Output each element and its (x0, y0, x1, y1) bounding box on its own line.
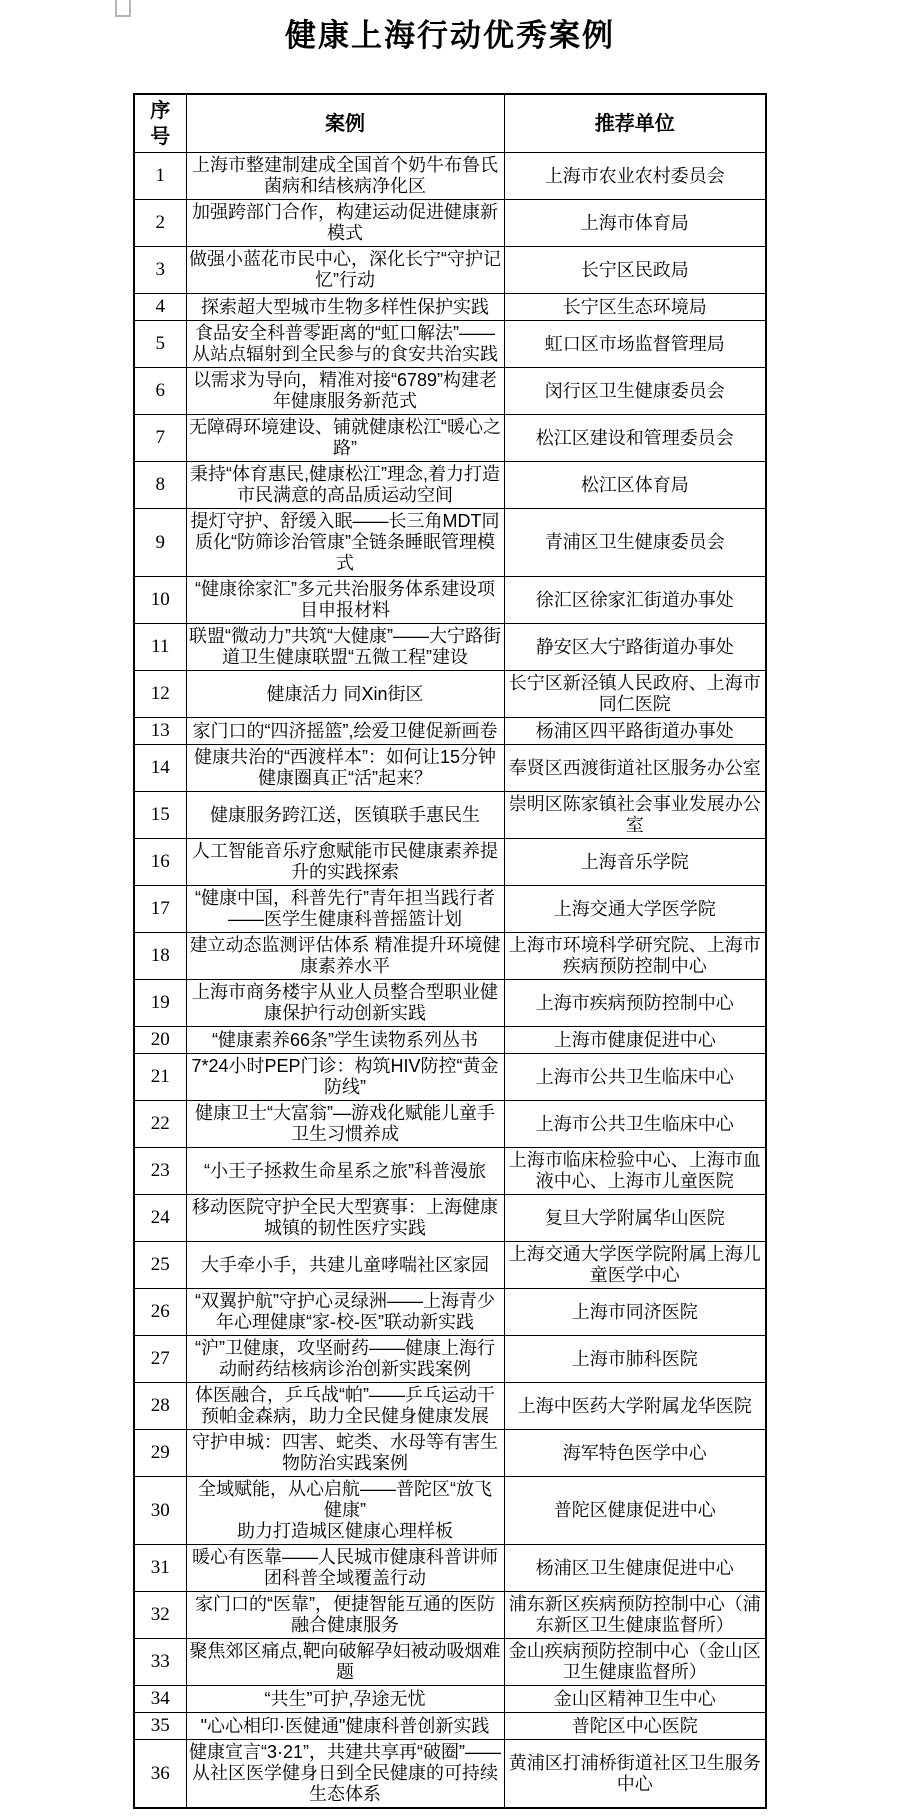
unit-cell: 静安区大宁路街道办事处 (504, 624, 766, 671)
table-row: 27“沪”卫健康，攻坚耐药——健康上海行动耐药结核病诊治创新实践案例上海市肺科医… (134, 1336, 766, 1383)
case-cell: 健康卫士“大富翁”—游戏化赋能儿童手卫生习惯养成 (186, 1101, 504, 1148)
row-index-cell: 2 (134, 200, 186, 247)
table-row: 15健康服务跨江送，医镇联手惠民生崇明区陈家镇社会事业发展办公室 (134, 792, 766, 839)
table-row: 10“健康徐家汇”多元共治服务体系建设项目申报材料徐汇区徐家汇街道办事处 (134, 577, 766, 624)
case-cell: 做强小蓝花市民中心，深化长宁“守护记忆”行动 (186, 247, 504, 294)
unit-cell: 上海市农业农村委员会 (504, 153, 766, 200)
unit-cell: 徐汇区徐家汇街道办事处 (504, 577, 766, 624)
row-index-cell: 32 (134, 1592, 186, 1639)
unit-cell: 上海交通大学医学院 (504, 886, 766, 933)
case-cell: 无障碍环境建设、铺就健康松江“暖心之路” (186, 415, 504, 462)
table-row: 25大手牵小手，共建儿童哮喘社区家园上海交通大学医学院附属上海儿童医学中心 (134, 1242, 766, 1289)
missing-character-glyph-icon (115, 0, 131, 17)
case-cell: “沪”卫健康，攻坚耐药——健康上海行动耐药结核病诊治创新实践案例 (186, 1336, 504, 1383)
table-row: 28体医融合，乒乓战“帕”——乒乓运动干预帕金森病，助力全民健身健康发展上海中医… (134, 1383, 766, 1430)
table-row: 12健康活力 同Xin街区长宁区新泾镇人民政府、上海市同仁医院 (134, 671, 766, 718)
row-index-cell: 16 (134, 839, 186, 886)
row-index-cell: 29 (134, 1430, 186, 1477)
row-index-cell: 4 (134, 294, 186, 321)
table-row: 35"心心相印·医健通"健康科普创新实践普陀区中心医院 (134, 1713, 766, 1740)
table-row: 23“小王子拯救生命星系之旅”科普漫旅上海市临床检验中心、上海市血液中心、上海市… (134, 1148, 766, 1195)
unit-cell: 闵行区卫生健康委员会 (504, 368, 766, 415)
table-row: 16人工智能音乐疗愈赋能市民健康素养提升的实践探索上海音乐学院 (134, 839, 766, 886)
unit-cell: 黄浦区打浦桥街道社区卫生服务中心 (504, 1740, 766, 1809)
unit-cell: 长宁区民政局 (504, 247, 766, 294)
row-index-cell: 9 (134, 509, 186, 577)
unit-cell: 松江区体育局 (504, 462, 766, 509)
table-row: 17“健康中国，科普先行”青年担当践行者——医学生健康科普摇篮计划上海交通大学医… (134, 886, 766, 933)
row-index-cell: 13 (134, 718, 186, 745)
case-cell: 联盟“微动力”共筑“大健康”——大宁路街道卫生健康联盟“五微工程”建设 (186, 624, 504, 671)
case-cell: 大手牵小手，共建儿童哮喘社区家园 (186, 1242, 504, 1289)
row-index-cell: 20 (134, 1027, 186, 1054)
table-row: 33聚焦郊区痛点,靶向破解孕妇被动吸烟难题金山疾病预防控制中心（金山区卫生健康监… (134, 1639, 766, 1686)
unit-cell: 崇明区陈家镇社会事业发展办公室 (504, 792, 766, 839)
unit-cell: 浦东新区疾病预防控制中心（浦东新区卫生健康监督所） (504, 1592, 766, 1639)
table-row: 34“共生”可护,孕途无忧金山区精神卫生中心 (134, 1686, 766, 1713)
case-cell: 上海市整建制建成全国首个奶牛布鲁氏菌病和结核病净化区 (186, 153, 504, 200)
table-row: 3做强小蓝花市民中心，深化长宁“守护记忆”行动长宁区民政局 (134, 247, 766, 294)
row-index-cell: 17 (134, 886, 186, 933)
case-cell: 健康宣言“3·21”，共建共享再“破圈”——从社区医学健身日到全民健康的可持续生… (186, 1740, 504, 1809)
unit-cell: 金山区精神卫生中心 (504, 1686, 766, 1713)
document-page: 健康上海行动优秀案例 序 号 案例 推荐单位 1上海市整建制建成全国首个奶牛布鲁… (0, 16, 900, 1809)
case-cell: "心心相印·医健通"健康科普创新实践 (186, 1713, 504, 1740)
header-case: 案例 (186, 94, 504, 153)
case-cell: “健康中国，科普先行”青年担当践行者——医学生健康科普摇篮计划 (186, 886, 504, 933)
case-cell: 提灯守护、舒缓入眠——长三角MDT同质化“防筛诊治管康”全链条睡眠管理模式 (186, 509, 504, 577)
row-index-cell: 22 (134, 1101, 186, 1148)
row-index-cell: 15 (134, 792, 186, 839)
row-index-cell: 19 (134, 980, 186, 1027)
table-row: 18建立动态监测评估体系 精准提升环境健康素养水平上海市环境科学研究院、上海市疾… (134, 933, 766, 980)
unit-cell: 金山疾病预防控制中心（金山区卫生健康监督所） (504, 1639, 766, 1686)
row-index-cell: 7 (134, 415, 186, 462)
case-cell: 食品安全科普零距离的“虹口解法”——从站点辐射到全民参与的食安共治实践 (186, 321, 504, 368)
case-cell: 探索超大型城市生物多样性保护实践 (186, 294, 504, 321)
unit-cell: 上海市疾病预防控制中心 (504, 980, 766, 1027)
case-cell: 健康共治的“西渡样本”：如何让15分钟健康圈真正“活”起来？ (186, 745, 504, 792)
table-row: 32家门口的“医靠”，便捷智能互通的医防融合健康服务浦东新区疾病预防控制中心（浦… (134, 1592, 766, 1639)
table-row: 13家门口的“四济摇篮”,绘爱卫健促新画卷杨浦区四平路街道办事处 (134, 718, 766, 745)
case-cell: 守护申城：四害、蛇类、水母等有害生物防治实践案例 (186, 1430, 504, 1477)
case-cell: 暖心有医靠——人民城市健康科普讲师团科普全域覆盖行动 (186, 1545, 504, 1592)
case-cell: 建立动态监测评估体系 精准提升环境健康素养水平 (186, 933, 504, 980)
table-body: 1上海市整建制建成全国首个奶牛布鲁氏菌病和结核病净化区上海市农业农村委员会2加强… (134, 153, 766, 1809)
row-index-cell: 23 (134, 1148, 186, 1195)
table-row: 26“双翼护航”守护心灵绿洲——上海青少年心理健康“家-校-医”联动新实践上海市… (134, 1289, 766, 1336)
case-cell: 7*24小时PEP门诊：构筑HIV防控“黄金防线” (186, 1054, 504, 1101)
unit-cell: 奉贤区西渡街道社区服务办公室 (504, 745, 766, 792)
row-index-cell: 21 (134, 1054, 186, 1101)
table-row: 20“健康素养66条”学生读物系列丛书上海市健康促进中心 (134, 1027, 766, 1054)
case-cell: 加强跨部门合作，构建运动促进健康新模式 (186, 200, 504, 247)
case-cell: 家门口的“医靠”，便捷智能互通的医防融合健康服务 (186, 1592, 504, 1639)
case-cell: “小王子拯救生命星系之旅”科普漫旅 (186, 1148, 504, 1195)
case-cell: 全域赋能，从心启航——普陀区“放飞 健康” 助力打造城区健康心理样板 (186, 1477, 504, 1545)
unit-cell: 杨浦区四平路街道办事处 (504, 718, 766, 745)
unit-cell: 上海市健康促进中心 (504, 1027, 766, 1054)
case-cell: “健康徐家汇”多元共治服务体系建设项目申报材料 (186, 577, 504, 624)
case-cell: “共生”可护,孕途无忧 (186, 1686, 504, 1713)
unit-cell: 上海交通大学医学院附属上海儿童医学中心 (504, 1242, 766, 1289)
row-index-cell: 31 (134, 1545, 186, 1592)
header-index: 序 号 (134, 94, 186, 153)
row-index-cell: 33 (134, 1639, 186, 1686)
unit-cell: 上海市临床检验中心、上海市血液中心、上海市儿童医院 (504, 1148, 766, 1195)
unit-cell: 海军特色医学中心 (504, 1430, 766, 1477)
unit-cell: 上海市公共卫生临床中心 (504, 1054, 766, 1101)
unit-cell: 长宁区生态环境局 (504, 294, 766, 321)
case-cell: 健康活力 同Xin街区 (186, 671, 504, 718)
unit-cell: 上海市体育局 (504, 200, 766, 247)
case-cell: 聚焦郊区痛点,靶向破解孕妇被动吸烟难题 (186, 1639, 504, 1686)
case-cell: 以需求为导向，精准对接“6789”构建老年健康服务新范式 (186, 368, 504, 415)
row-index-cell: 3 (134, 247, 186, 294)
table-row: 217*24小时PEP门诊：构筑HIV防控“黄金防线”上海市公共卫生临床中心 (134, 1054, 766, 1101)
table-row: 7无障碍环境建设、铺就健康松江“暖心之路”松江区建设和管理委员会 (134, 415, 766, 462)
unit-cell: 上海市同济医院 (504, 1289, 766, 1336)
table-row: 24移动医院守护全民大型赛事：上海健康城镇的韧性医疗实践复旦大学附属华山医院 (134, 1195, 766, 1242)
unit-cell: 松江区建设和管理委员会 (504, 415, 766, 462)
case-cell: “双翼护航”守护心灵绿洲——上海青少年心理健康“家-校-医”联动新实践 (186, 1289, 504, 1336)
row-index-cell: 25 (134, 1242, 186, 1289)
table-row: 6以需求为导向，精准对接“6789”构建老年健康服务新范式闵行区卫生健康委员会 (134, 368, 766, 415)
case-cell: 上海市商务楼宇从业人员整合型职业健康保护行动创新实践 (186, 980, 504, 1027)
table-row: 22健康卫士“大富翁”—游戏化赋能儿童手卫生习惯养成上海市公共卫生临床中心 (134, 1101, 766, 1148)
row-index-cell: 24 (134, 1195, 186, 1242)
row-index-cell: 1 (134, 153, 186, 200)
row-index-cell: 27 (134, 1336, 186, 1383)
row-index-cell: 11 (134, 624, 186, 671)
unit-cell: 普陀区健康促进中心 (504, 1477, 766, 1545)
table-row: 14健康共治的“西渡样本”：如何让15分钟健康圈真正“活”起来？奉贤区西渡街道社… (134, 745, 766, 792)
case-cell: 人工智能音乐疗愈赋能市民健康素养提升的实践探索 (186, 839, 504, 886)
unit-cell: 上海中医药大学附属龙华医院 (504, 1383, 766, 1430)
table-row: 2加强跨部门合作，构建运动促进健康新模式上海市体育局 (134, 200, 766, 247)
row-index-cell: 35 (134, 1713, 186, 1740)
cases-table: 序 号 案例 推荐单位 1上海市整建制建成全国首个奶牛布鲁氏菌病和结核病净化区上… (133, 93, 767, 1809)
unit-cell: 复旦大学附属华山医院 (504, 1195, 766, 1242)
row-index-cell: 34 (134, 1686, 186, 1713)
row-index-cell: 14 (134, 745, 186, 792)
row-index-cell: 12 (134, 671, 186, 718)
row-index-cell: 6 (134, 368, 186, 415)
case-cell: 家门口的“四济摇篮”,绘爱卫健促新画卷 (186, 718, 504, 745)
table-row: 31暖心有医靠——人民城市健康科普讲师团科普全域覆盖行动杨浦区卫生健康促进中心 (134, 1545, 766, 1592)
unit-cell: 青浦区卫生健康委员会 (504, 509, 766, 577)
row-index-cell: 26 (134, 1289, 186, 1336)
case-cell: “健康素养66条”学生读物系列丛书 (186, 1027, 504, 1054)
table-row: 36健康宣言“3·21”，共建共享再“破圈”——从社区医学健身日到全民健康的可持… (134, 1740, 766, 1809)
unit-cell: 长宁区新泾镇人民政府、上海市同仁医院 (504, 671, 766, 718)
unit-cell: 上海市肺科医院 (504, 1336, 766, 1383)
case-cell: 移动医院守护全民大型赛事：上海健康城镇的韧性医疗实践 (186, 1195, 504, 1242)
row-index-cell: 36 (134, 1740, 186, 1809)
case-cell: 健康服务跨江送，医镇联手惠民生 (186, 792, 504, 839)
table-row: 11联盟“微动力”共筑“大健康”——大宁路街道卫生健康联盟“五微工程”建设静安区… (134, 624, 766, 671)
case-cell: 体医融合，乒乓战“帕”——乒乓运动干预帕金森病，助力全民健身健康发展 (186, 1383, 504, 1430)
table-row: 29守护申城：四害、蛇类、水母等有害生物防治实践案例海军特色医学中心 (134, 1430, 766, 1477)
row-index-cell: 10 (134, 577, 186, 624)
case-cell: 秉持“体育惠民,健康松江”理念,着力打造市民满意的高品质运动空间 (186, 462, 504, 509)
page-title: 健康上海行动优秀案例 (0, 16, 900, 56)
table-row: 19上海市商务楼宇从业人员整合型职业健康保护行动创新实践上海市疾病预防控制中心 (134, 980, 766, 1027)
table-row: 1上海市整建制建成全国首个奶牛布鲁氏菌病和结核病净化区上海市农业农村委员会 (134, 153, 766, 200)
row-index-cell: 30 (134, 1477, 186, 1545)
row-index-cell: 18 (134, 933, 186, 980)
unit-cell: 虹口区市场监督管理局 (504, 321, 766, 368)
unit-cell: 杨浦区卫生健康促进中心 (504, 1545, 766, 1592)
unit-cell: 上海市环境科学研究院、上海市疾病预防控制中心 (504, 933, 766, 980)
unit-cell: 普陀区中心医院 (504, 1713, 766, 1740)
row-index-cell: 28 (134, 1383, 186, 1430)
table-row: 4探索超大型城市生物多样性保护实践长宁区生态环境局 (134, 294, 766, 321)
row-index-cell: 5 (134, 321, 186, 368)
header-unit: 推荐单位 (504, 94, 766, 153)
table-row: 8秉持“体育惠民,健康松江”理念,着力打造市民满意的高品质运动空间松江区体育局 (134, 462, 766, 509)
table-row: 5食品安全科普零距离的“虹口解法”——从站点辐射到全民参与的食安共治实践虹口区市… (134, 321, 766, 368)
table-row: 9提灯守护、舒缓入眠——长三角MDT同质化“防筛诊治管康”全链条睡眠管理模式青浦… (134, 509, 766, 577)
unit-cell: 上海音乐学院 (504, 839, 766, 886)
table-header-row: 序 号 案例 推荐单位 (134, 94, 766, 153)
table-row: 30全域赋能，从心启航——普陀区“放飞 健康” 助力打造城区健康心理样板普陀区健… (134, 1477, 766, 1545)
row-index-cell: 8 (134, 462, 186, 509)
unit-cell: 上海市公共卫生临床中心 (504, 1101, 766, 1148)
